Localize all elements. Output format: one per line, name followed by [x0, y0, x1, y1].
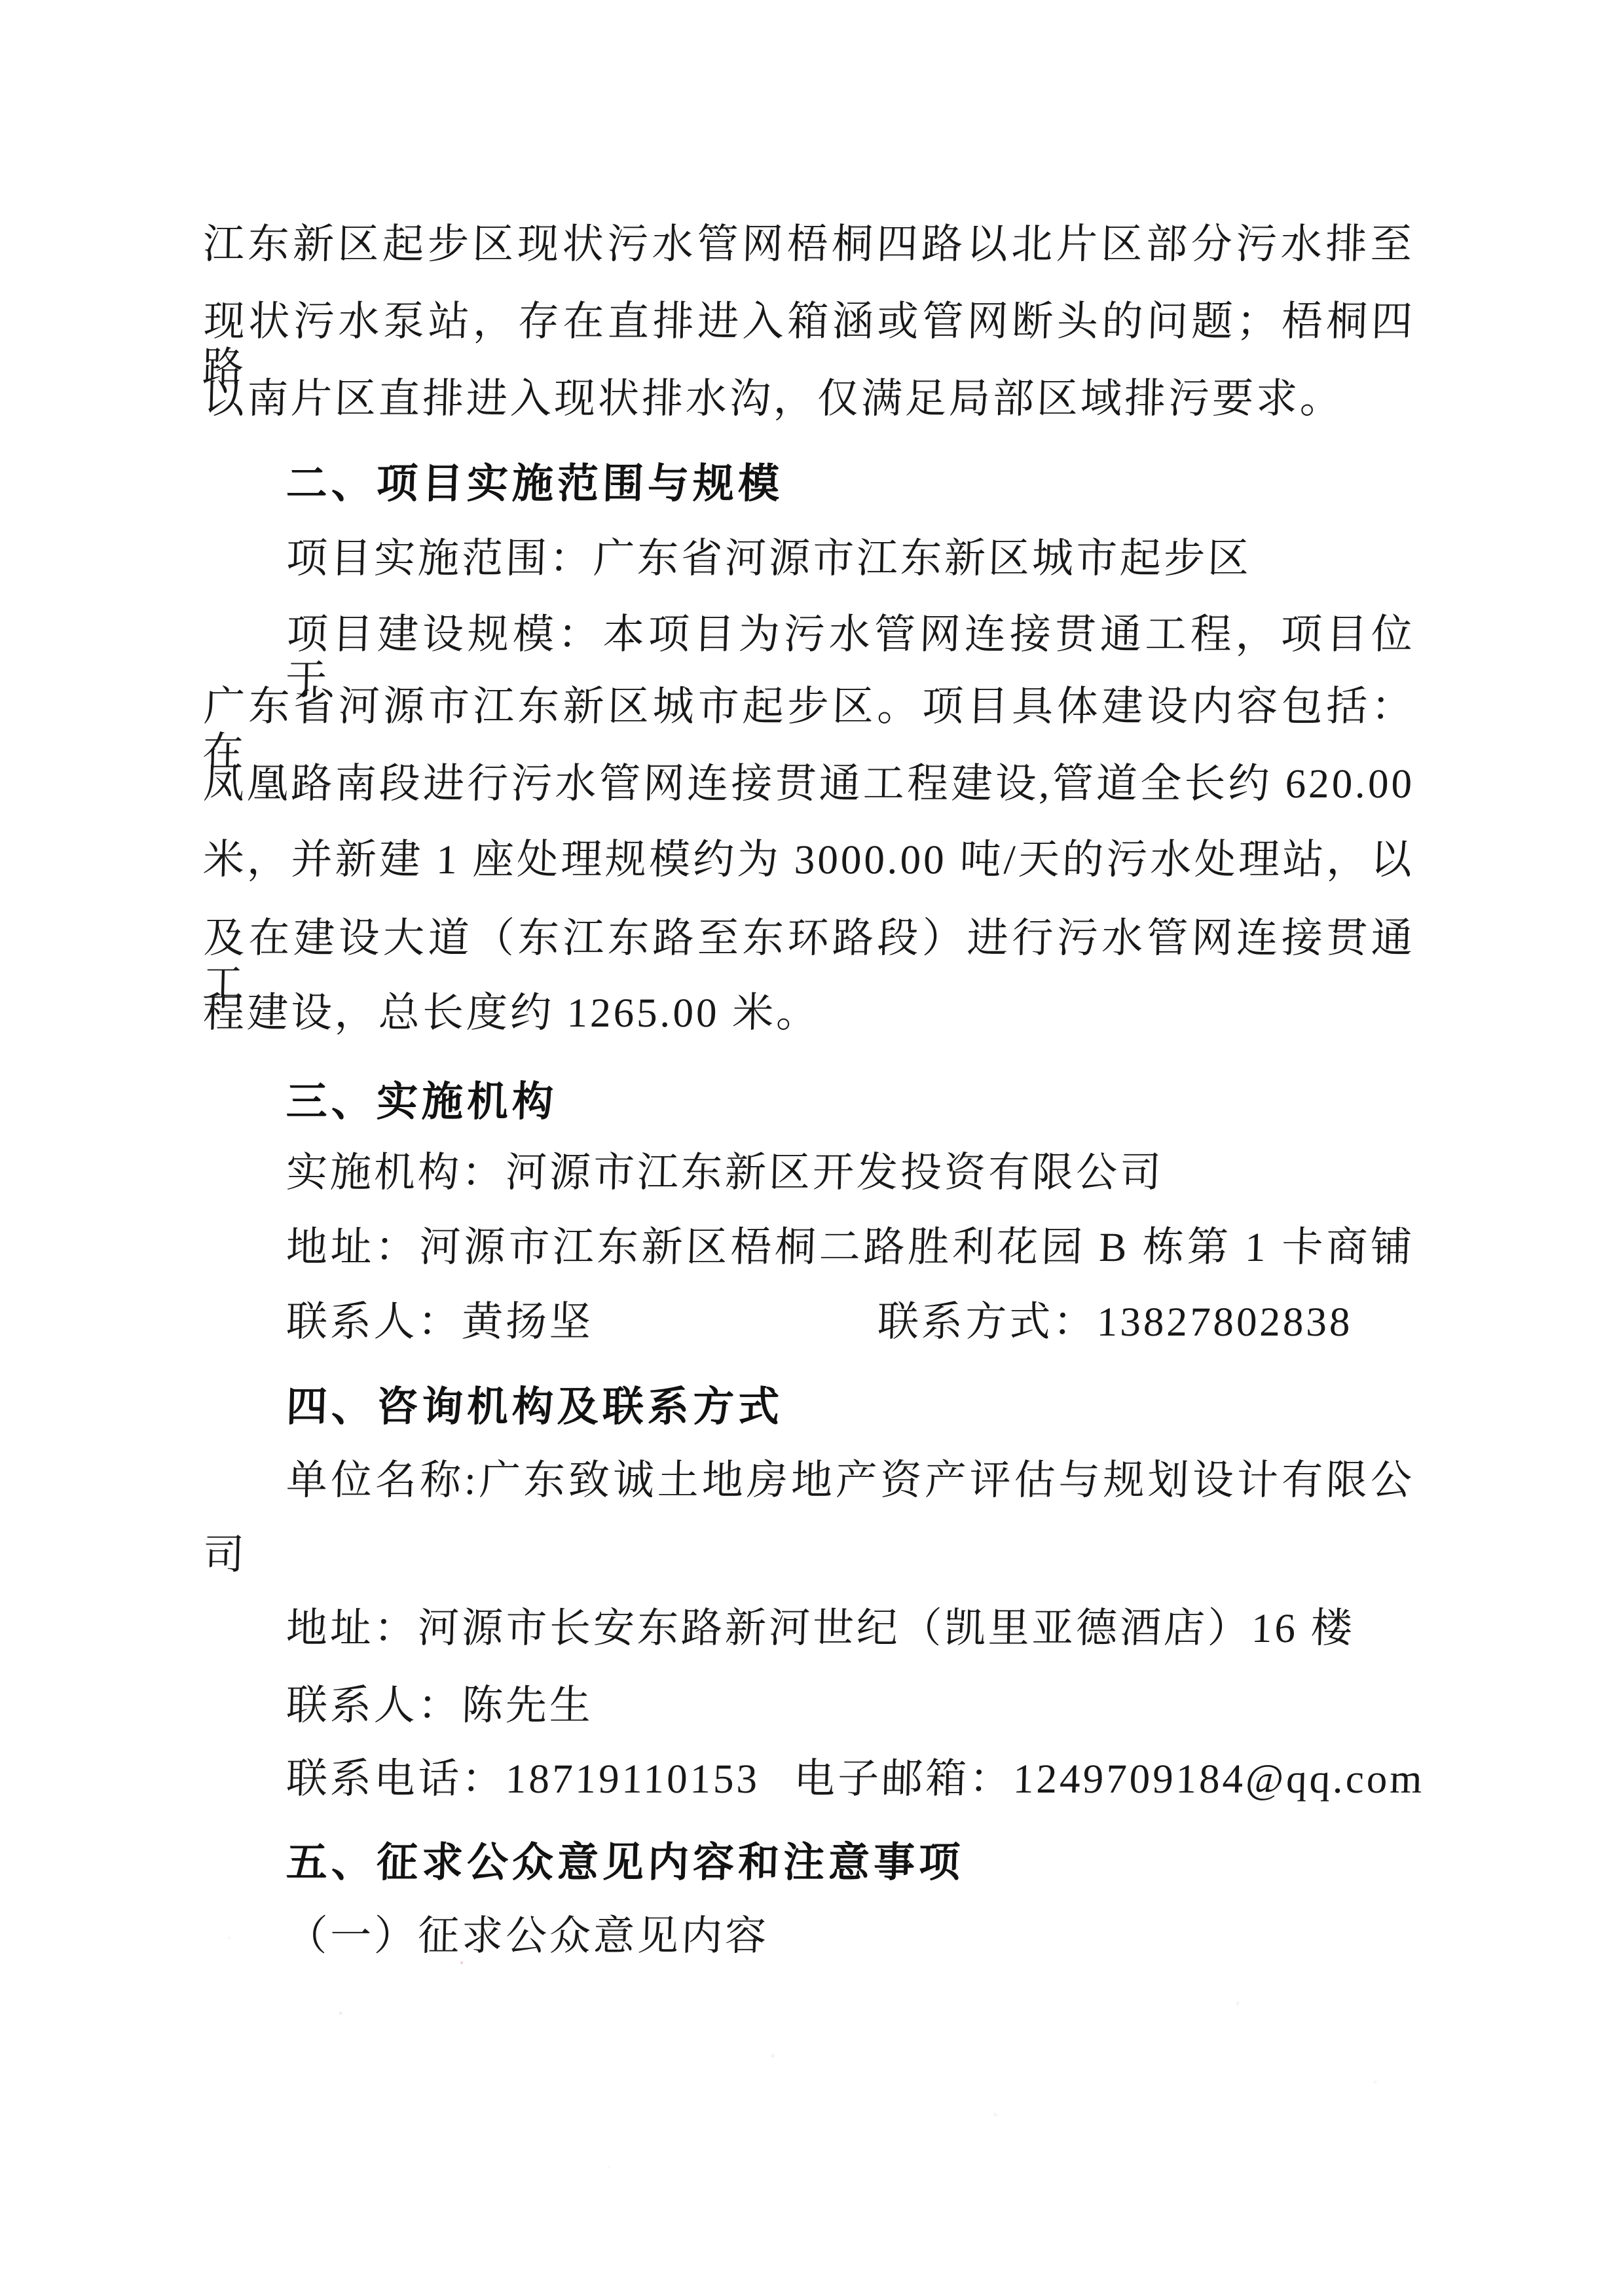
section2-line-1: 项目实施范围：广东省河源市江东新区城市起步区: [286, 536, 1252, 581]
section2-heading: 二、项目实施范围与规模: [286, 461, 784, 507]
intro-line-3: 以南片区直排进入现状排水沟，仅满足局部区域排污要求。: [202, 376, 1344, 422]
section2-line-7: 程建设，总长度约 1265.00 米。: [202, 990, 821, 1036]
scanned-document-page: 江东新区起步区现状污水管网梧桐四路以北片区部分污水排至 现状污水泵站，存在直排进…: [0, 0, 1624, 2296]
section5-item-1: （一）征求公众意见内容: [286, 1913, 769, 1959]
section4-org-line-1: 单位名称:广东致诚土地房地产资产评估与规划设计有限公: [286, 1457, 1415, 1503]
section5-heading: 五、征求公众意见内容和注意事项: [286, 1840, 965, 1886]
section4-phone: 联系电话：18719110153: [286, 1756, 760, 1802]
section4-heading: 四、咨询机构及联系方式: [286, 1384, 784, 1430]
section4-org-line-2: 司: [202, 1532, 248, 1578]
intro-line-1: 江东新区起步区现状污水管网梧桐四路以北片区部分污水排至: [202, 221, 1415, 267]
section3-contact-person: 联系人：黄扬坚: [286, 1299, 594, 1345]
section3-heading: 三、实施机构: [286, 1079, 558, 1125]
section2-line-5: 米，并新建 1 座处理规模约为 3000.00 吨/天的污水处理站，以: [202, 837, 1415, 883]
section3-org-line: 实施机构：河源市江东新区开发投资有限公司: [286, 1150, 1164, 1195]
section2-line-4: 凤凰路南段进行污水管网连接贯通工程建设,管道全长约 620.00: [202, 761, 1415, 807]
section3-contact-method: 联系方式：13827802838: [877, 1299, 1353, 1345]
section4-address-line: 地址：河源市长安东路新河世纪（凯里亚德酒店）16 楼: [286, 1605, 1356, 1651]
section4-contact-person: 联系人：陈先生: [286, 1683, 594, 1728]
section4-contact-line: 联系电话：18719110153电子邮箱：1249709184@qq.com: [286, 1756, 1425, 1802]
section3-address-line: 地址：河源市江东新区梧桐二路胜利花园 B 栋第 1 卡商铺: [286, 1224, 1415, 1270]
section4-email: 电子邮箱：1249709184@qq.com: [793, 1756, 1425, 1802]
